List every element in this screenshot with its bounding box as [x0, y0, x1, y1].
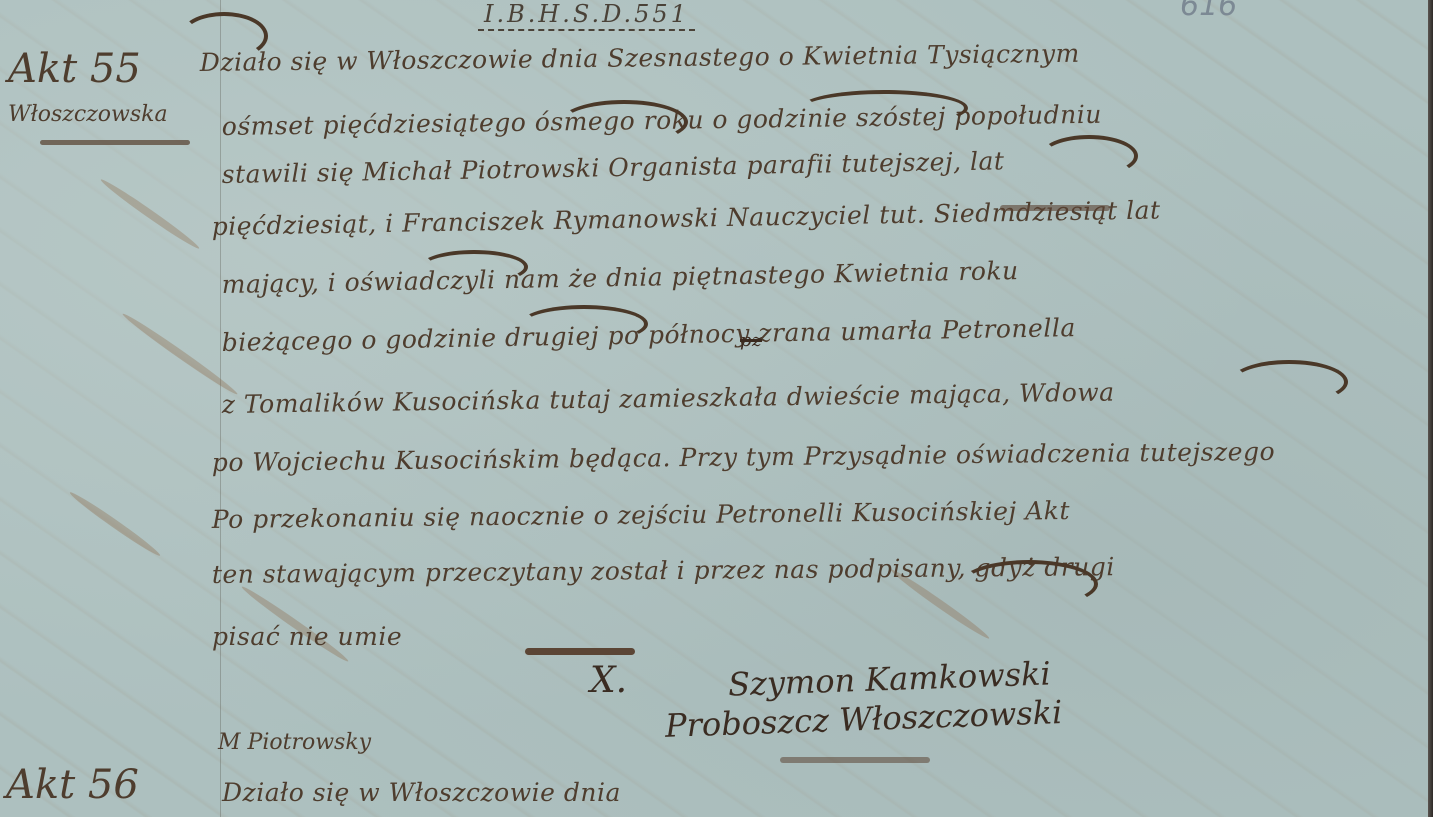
act-55-line-3: stawili się Michał Piotrowski Organista … [221, 146, 1004, 189]
pencil-folio-mark: 616 [1180, 0, 1237, 23]
act-56-place-name: M Piotrowsky [218, 730, 371, 755]
act-55-line-9: Po przekonaniu się naocznie o zejściu Pe… [212, 496, 1070, 534]
end-of-text-dash [525, 648, 635, 655]
page-edge-shadow [1428, 0, 1433, 817]
act-55-line-11: pisać nie umie [212, 622, 402, 651]
margin-underline [40, 140, 190, 145]
archive-reference: I.B.H.S.D.551 [478, 0, 695, 31]
signature-underline [780, 757, 930, 763]
pen-flourish [800, 90, 968, 126]
act-55-line-6: bieżącego o godzinie drugiej po północy … [221, 313, 1075, 357]
pen-flourish [180, 12, 268, 60]
pen-stroke [1000, 205, 1110, 211]
act-56-number: Akt 56 [6, 762, 139, 808]
pen-flourish [1230, 360, 1348, 404]
act-55-number: Akt 55 [8, 46, 141, 92]
signature-title: Proboszcz Włoszczowski [664, 693, 1062, 745]
pen-flourish [1040, 135, 1138, 177]
struck-out-word: pz [740, 330, 762, 351]
act-55-line-1: Działo się w Włoszczowie dnia Szesnasteg… [200, 39, 1080, 77]
act-55-place-name: Włoszczowska [8, 102, 168, 127]
pen-flourish [520, 305, 648, 343]
register-page: I.B.H.S.D.551 616 Akt 55 Włoszczowska Dz… [0, 0, 1433, 817]
act-55-line-5: mający, i oświadczyli nam że dnia piętna… [221, 256, 1018, 299]
pen-flourish [420, 250, 528, 284]
ink-stain [99, 176, 202, 251]
ink-stain [68, 489, 163, 559]
act-55-line-4: pięćdziesiąt, i Franciszek Rymanowski Na… [211, 195, 1160, 241]
pen-flourish [560, 100, 688, 144]
act-55-line-7: z Tomalików Kusocińska tutaj zamieszkała… [222, 378, 1115, 419]
act-56-line-1: Działo się w Włoszczowie dnia [222, 778, 621, 807]
pen-flourish [960, 560, 1098, 608]
act-55-line-8: po Wojciechu Kusocińskim będąca. Przy ty… [212, 437, 1276, 477]
priest-prefix: X. [590, 660, 627, 701]
